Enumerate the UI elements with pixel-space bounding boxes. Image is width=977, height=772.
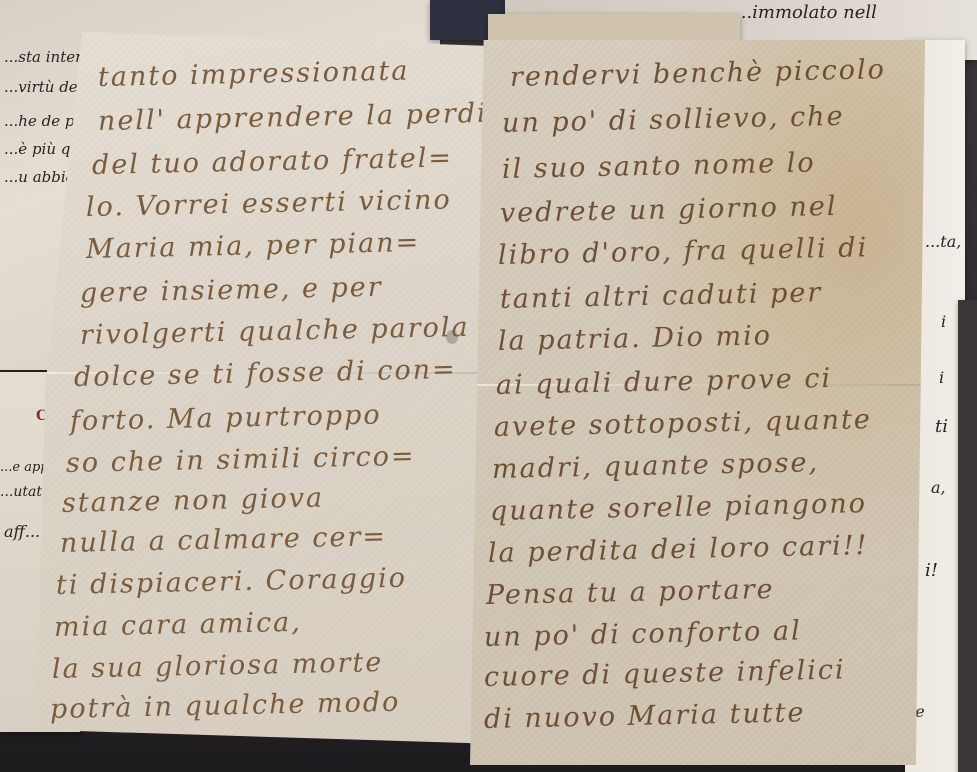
letter-page-left: tanto impressionata nell' apprendere la … <box>36 32 499 744</box>
handwritten-line: ti dispiaceri. Coraggio <box>56 563 408 601</box>
handwritten-line: cuore di queste infelici <box>484 654 846 693</box>
dark-folder-edge <box>958 300 977 772</box>
handwritten-line: la sua gloriosa morte <box>52 647 384 685</box>
handwritten-line: gere insieme, e per <box>80 272 383 309</box>
handwritten-line: dolce se ti fosse di con= <box>74 354 457 393</box>
handwritten-line: un po' di sollievo, che <box>502 101 845 139</box>
handwritten-line: lo. Vorrei esserti vicino <box>86 184 452 223</box>
bg-text: a, <box>931 478 946 497</box>
bg-text: ...he de pa <box>4 112 83 130</box>
handwritten-line: stanze non giova <box>62 483 325 519</box>
handwritten-line: la perdita dei loro cari!! <box>488 530 869 569</box>
handwritten-line: avete sottoposti, quante <box>494 404 872 443</box>
handwritten-line: il suo santo nome lo <box>502 147 816 185</box>
handwritten-line: Pensa tu a portare <box>486 574 775 611</box>
handwritten-line: forto. Ma purtroppo <box>70 399 382 437</box>
handwritten-line: so che in simili circo= <box>66 441 416 479</box>
handwritten-line: rivolgerti qualche parola <box>80 312 470 351</box>
handwritten-line: quante sorelle piangono <box>490 488 868 527</box>
handwritten-line: nulla a calmare cer= <box>60 521 388 559</box>
handwritten-line: tanto impressionata <box>98 55 410 93</box>
bg-text: i! <box>925 560 938 581</box>
handwritten-line: rendervi benchè piccolo <box>510 54 887 93</box>
bg-text: i <box>939 368 944 387</box>
bg-text: ...sta intera <box>4 48 91 66</box>
bg-text: i <box>941 312 946 331</box>
handwritten-line: vedrete un giorno nel <box>500 191 838 229</box>
handwritten-line: un po' di conforto al <box>484 615 802 653</box>
handwritten-line: ai quali dure prove ci <box>496 363 833 401</box>
handwritten-line: la patria. Dio mio <box>498 320 773 357</box>
bg-text: aff... <box>4 522 40 541</box>
handwritten-line: Maria mia, per pian= <box>86 227 421 265</box>
handwritten-line: nell' apprendere la perdita <box>98 97 499 137</box>
bg-text: ...immolato nell <box>735 2 877 23</box>
handwritten-line: libro d'oro, fra quelli di <box>498 232 869 271</box>
handwritten-line: potrà in qualche modo <box>50 687 401 725</box>
handwritten-line: di nuovo Maria tutte <box>484 697 806 735</box>
letter-page-right: rendervi benchè piccolo un po' di sollie… <box>470 40 925 765</box>
bg-text: ti <box>935 416 948 437</box>
handwritten-line: madri, quante spose, <box>492 447 820 485</box>
handwritten-line: del tuo adorato fratel= <box>92 142 454 181</box>
bg-text: ...u abbia <box>4 168 75 186</box>
photo-scene: ...sta intera ...virtù de ...he de pa ..… <box>0 0 977 772</box>
handwritten-line: mia cara amica, <box>54 607 302 643</box>
handwritten-line: tanti altri caduti per <box>500 277 823 315</box>
bg-text: ...ta, <box>925 232 961 251</box>
bg-text: ...virtù de <box>4 78 78 96</box>
bg-text: ...è più q <box>4 140 70 158</box>
